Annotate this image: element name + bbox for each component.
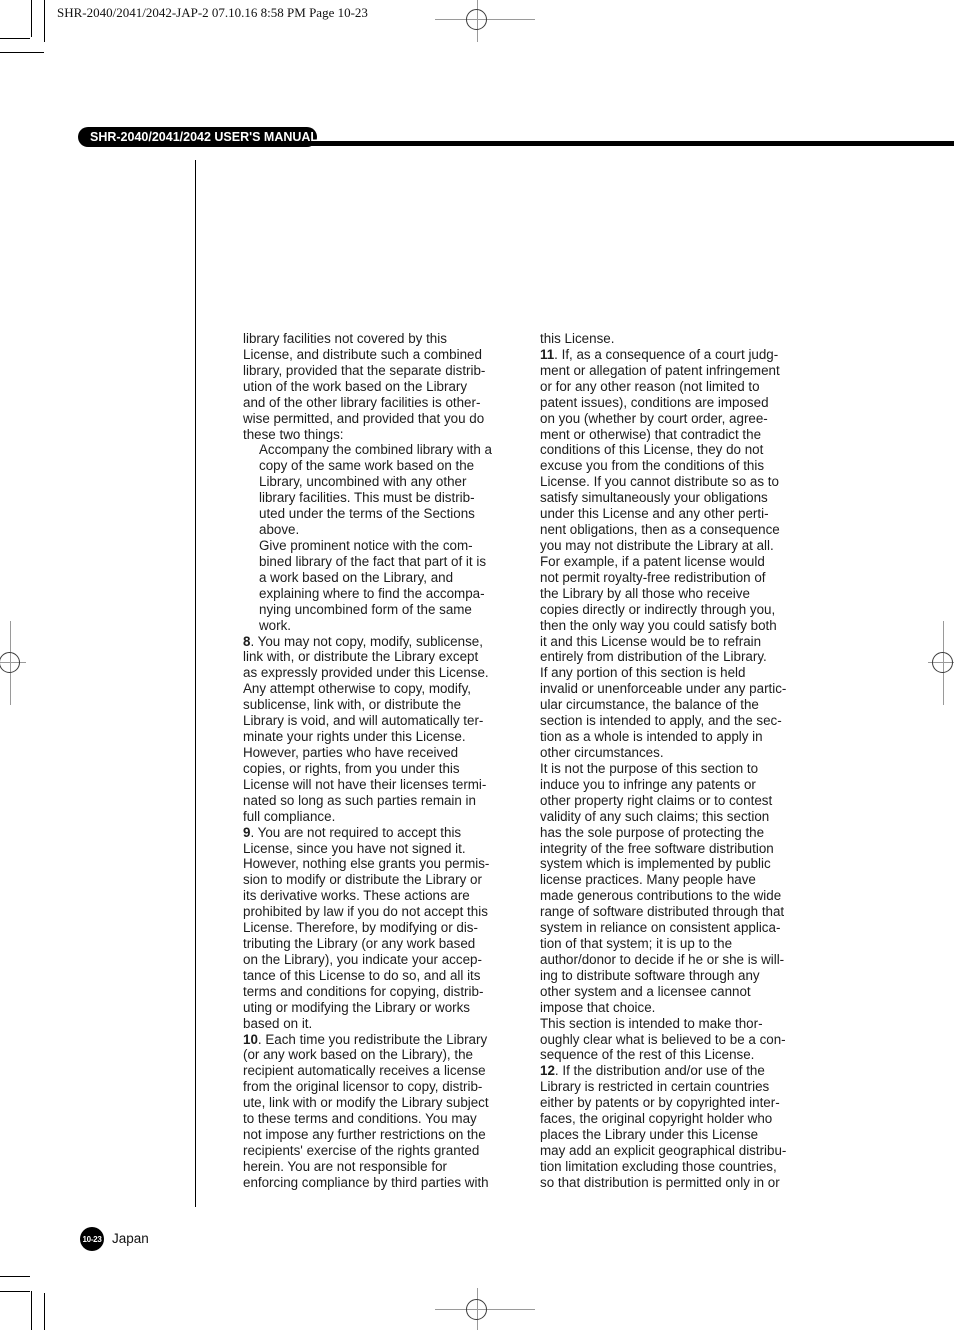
text-line: tion limitation excluding those countrie… [540, 1159, 786, 1175]
text-line: Accompany the combined library with a [243, 442, 492, 458]
trim-mark-top-left-v2 [44, 0, 45, 42]
text-line: not impose any further restrictions on t… [243, 1127, 492, 1143]
text-line: to these terms and conditions. You may [243, 1111, 492, 1127]
manual-page: SHR-2040/2041/2042-JAP-2 07.10.16 8:58 P… [0, 0, 954, 1330]
text-line: Library is void, and will automatically … [243, 713, 492, 729]
text-line: satisfy simultaneously your obligations [540, 490, 786, 506]
text-line: wise permitted, and provided that you do [243, 411, 492, 427]
registration-mark-bottom-circle [466, 1299, 487, 1320]
text-line: license practices. Many people have [540, 872, 786, 888]
trim-mark-top-left-h1 [0, 38, 30, 39]
text-line: other property right claims or to contes… [540, 793, 786, 809]
registration-mark-right-circle [932, 652, 953, 673]
text-line: ular circumstance, the balance of the [540, 697, 786, 713]
text-line: For example, if a patent license would [540, 554, 786, 570]
header-rule [290, 141, 954, 146]
text-line: tion as a whole is intended to apply in [540, 729, 786, 745]
text-line: library, provided that the separate dist… [243, 363, 492, 379]
text-line: recipients' exercise of the rights grant… [243, 1143, 492, 1159]
registration-mark-left-circle [0, 652, 20, 673]
text-line: Library, uncombined with any other [243, 474, 492, 490]
text-line: ment or allegation of patent infringemen… [540, 363, 786, 379]
text-line: then the only way you could satisfy both [540, 618, 786, 634]
registration-mark-top-circle [466, 9, 487, 30]
text-line: this License. [540, 331, 786, 347]
text-line: nent obligations, then as a consequence [540, 522, 786, 538]
trim-mark-top-left-h2 [0, 52, 44, 53]
text-line: the Library by all those who receive [540, 586, 786, 602]
text-line: and of the other library facilities is o… [243, 395, 492, 411]
text-line: uting or modifying the Library or works [243, 1000, 492, 1016]
text-line: excuse you from the conditions of this [540, 458, 786, 474]
text-line: It is not the purpose of this section to [540, 761, 786, 777]
text-line: This section is intended to make thor- [540, 1016, 786, 1032]
text-line: may add an explicit geographical distrib… [540, 1143, 786, 1159]
text-line: copy of the same work based on the [243, 458, 492, 474]
trim-mark-bottom-left-h2 [0, 1291, 30, 1292]
text-line: other circumstances. [540, 745, 786, 761]
text-line: range of software distributed through th… [540, 904, 786, 920]
text-line: under this License and any other perti- [540, 506, 786, 522]
text-line: integrity of the free software distribut… [540, 841, 786, 857]
trim-mark-bottom-left-v1 [31, 1291, 32, 1330]
text-line: nated so long as such parties remain in [243, 793, 492, 809]
text-line: License will not have their licenses ter… [243, 777, 492, 793]
text-line: system which is implemented by public [540, 856, 786, 872]
text-line: its derivative works. These actions are [243, 888, 492, 904]
text-line: not permit royalty-free redistribution o… [540, 570, 786, 586]
text-line: Library is restricted in certain countri… [540, 1079, 786, 1095]
text-line: full compliance. [243, 809, 492, 825]
license-text-column-left: library facilities not covered by thisLi… [243, 331, 492, 1191]
trim-mark-bottom-left-v2 [44, 1293, 45, 1330]
text-line: tance of this License to do so, and all … [243, 968, 492, 984]
text-line: uted under the terms of the Sections [243, 506, 492, 522]
text-line: work. [243, 618, 492, 634]
text-line: Give prominent notice with the com- [243, 538, 492, 554]
text-line: License. Therefore, by modifying or dis- [243, 920, 492, 936]
text-line: link with, or distribute the Library exc… [243, 649, 492, 665]
text-line: sequence of the rest of this License. [540, 1047, 786, 1063]
text-line: induce you to infringe any patents or [540, 777, 786, 793]
text-line: nying uncombined form of the same [243, 602, 492, 618]
text-line: system in reliance on consistent applica… [540, 920, 786, 936]
page-number-badge: 10-23 [80, 1227, 104, 1251]
region-label: Japan [112, 1231, 149, 1246]
text-line: these two things: [243, 427, 492, 443]
text-line: above. [243, 522, 492, 538]
text-line: sublicense, link with, or distribute the [243, 697, 492, 713]
text-line: faces, the original copyright holder who [540, 1111, 786, 1127]
text-line: tion of that system; it is up to the [540, 936, 786, 952]
text-line: you may not distribute the Library at al… [540, 538, 786, 554]
text-line: sion to modify or distribute the Library… [243, 872, 492, 888]
text-line: bined library of the fact that part of i… [243, 554, 492, 570]
print-slug: SHR-2040/2041/2042-JAP-2 07.10.16 8:58 P… [57, 5, 368, 21]
text-line: entirely from distribution of the Librar… [540, 649, 786, 665]
trim-mark-bottom-left-h1 [0, 1276, 30, 1277]
trim-mark-top-left-v1 [31, 0, 32, 37]
text-line: (or any work based on the Library), the [243, 1047, 492, 1063]
text-line: validity of any such claims; this sectio… [540, 809, 786, 825]
text-line: Any attempt otherwise to copy, modify, [243, 681, 492, 697]
text-line: a work based on the Library, and [243, 570, 492, 586]
text-line: other system and a licensee cannot [540, 984, 786, 1000]
text-line: or for any other reason (not limited to [540, 379, 786, 395]
text-line: author/donor to decide if he or she is w… [540, 952, 786, 968]
text-line: License. If you cannot distribute so as … [540, 474, 786, 490]
text-line: terms and conditions for copying, distri… [243, 984, 492, 1000]
text-line: minate your rights under this License. [243, 729, 492, 745]
text-line: section is intended to apply, and the se… [540, 713, 786, 729]
margin-divider-line [195, 160, 196, 1207]
text-line: has the sole purpose of protecting the [540, 825, 786, 841]
text-line: oughly clear what is believed to be a co… [540, 1032, 786, 1048]
text-line: If any portion of this section is held [540, 665, 786, 681]
text-line: 12. If the distribution and/or use of th… [540, 1063, 786, 1079]
text-line: ing to distribute software through any [540, 968, 786, 984]
text-line: invalid or unenforceable under any parti… [540, 681, 786, 697]
text-line: either by patents or by copyrighted inte… [540, 1095, 786, 1111]
text-line: 11. If, as a consequence of a court judg… [540, 347, 786, 363]
text-line: made generous contributions to the wide [540, 888, 786, 904]
text-line: License, since you have not signed it. [243, 841, 492, 857]
text-line: on the Library), you indicate your accep… [243, 952, 492, 968]
text-line: recipient automatically receives a licen… [243, 1063, 492, 1079]
text-line: 8. You may not copy, modify, sublicense, [243, 634, 492, 650]
text-line: However, parties who have received [243, 745, 492, 761]
text-line: based on it. [243, 1016, 492, 1032]
text-line: patent issues), conditions are imposed [540, 395, 786, 411]
license-text-column-right: this License.11. If, as a consequence of… [540, 331, 786, 1191]
text-line: ution of the work based on the Library [243, 379, 492, 395]
header-banner: SHR-2040/2041/2042 USER'S MANUAL [78, 127, 317, 147]
text-line: impose that choice. [540, 1000, 786, 1016]
text-line: places the Library under this License [540, 1127, 786, 1143]
text-line: as expressly provided under this License… [243, 665, 492, 681]
text-line: from the original licensor to copy, dist… [243, 1079, 492, 1095]
text-line: 9. You are not required to accept this [243, 825, 492, 841]
text-line: enforcing compliance by third parties wi… [243, 1175, 492, 1191]
text-line: so that distribution is permitted only i… [540, 1175, 786, 1191]
text-line: on you (whether by court order, agree- [540, 411, 786, 427]
text-line: ute, link with or modify the Library sub… [243, 1095, 492, 1111]
text-line: ment or otherwise) that contradict the [540, 427, 786, 443]
text-line: tributing the Library (or any work based [243, 936, 492, 952]
text-line: conditions of this License, they do not [540, 442, 786, 458]
text-line: However, nothing else grants you permis- [243, 856, 492, 872]
text-line: explaining where to find the accompa- [243, 586, 492, 602]
text-line: it and this License would be to refrain [540, 634, 786, 650]
text-line: License, and distribute such a combined [243, 347, 492, 363]
text-line: prohibited by law if you do not accept t… [243, 904, 492, 920]
text-line: library facilities not covered by this [243, 331, 492, 347]
page-number-badge-text: 10-23 [83, 1235, 102, 1244]
text-line: 10. Each time you redistribute the Libra… [243, 1032, 492, 1048]
text-line: copies, or rights, from you under this [243, 761, 492, 777]
text-line: herein. You are not responsible for [243, 1159, 492, 1175]
text-line: copies directly or indirectly through yo… [540, 602, 786, 618]
header-banner-title: SHR-2040/2041/2042 USER'S MANUAL [90, 130, 318, 144]
text-line: library facilities. This must be distrib… [243, 490, 492, 506]
